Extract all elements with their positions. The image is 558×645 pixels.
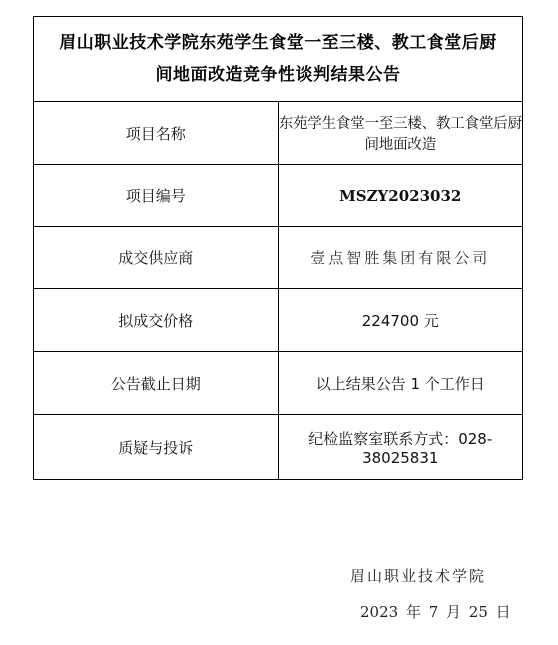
title-line-2: 间地面改造竞争性谈判结果公告 <box>34 59 522 91</box>
table-row-complaints: 质疑与投诉 纪检监察室联系方式：028-38025831 <box>34 415 523 480</box>
label-project-code: 项目编号 <box>34 165 279 227</box>
signature-organization: 眉山职业技术学院 <box>350 565 530 586</box>
table-row-supplier: 成交供应商 壹点智胜集团有限公司 <box>34 227 523 289</box>
title-row: 眉山职业技术学院东苑学生食堂一至三楼、教工食堂后厨 间地面改造竞争性谈判结果公告 <box>34 17 523 102</box>
table-row-price: 拟成交价格 224700 元 <box>34 289 523 352</box>
table-row-project-name: 项目名称 东苑学生食堂一至三楼、教工食堂后厨间地面改造 <box>34 102 523 165</box>
signature-date: 2023 年 7 月 25 日 <box>360 601 540 622</box>
value-complaints: 纪检监察室联系方式：028-38025831 <box>278 415 523 480</box>
value-project-code: MSZY2023032 <box>278 165 523 227</box>
label-deadline: 公告截止日期 <box>34 352 279 415</box>
value-supplier: 壹点智胜集团有限公司 <box>278 227 523 289</box>
value-project-name: 东苑学生食堂一至三楼、教工食堂后厨间地面改造 <box>278 102 523 165</box>
announcement-title: 眉山职业技术学院东苑学生食堂一至三楼、教工食堂后厨 间地面改造竞争性谈判结果公告 <box>34 17 523 102</box>
label-supplier: 成交供应商 <box>34 227 279 289</box>
table-row-project-code: 项目编号 MSZY2023032 <box>34 165 523 227</box>
label-price: 拟成交价格 <box>34 289 279 352</box>
value-deadline: 以上结果公告 1 个工作日 <box>278 352 523 415</box>
label-project-name: 项目名称 <box>34 102 279 165</box>
title-line-1: 眉山职业技术学院东苑学生食堂一至三楼、教工食堂后厨 <box>34 27 522 59</box>
value-price: 224700 元 <box>278 289 523 352</box>
label-complaints: 质疑与投诉 <box>34 415 279 480</box>
announcement-table: 眉山职业技术学院东苑学生食堂一至三楼、教工食堂后厨 间地面改造竞争性谈判结果公告… <box>33 16 523 480</box>
table-row-deadline: 公告截止日期 以上结果公告 1 个工作日 <box>34 352 523 415</box>
